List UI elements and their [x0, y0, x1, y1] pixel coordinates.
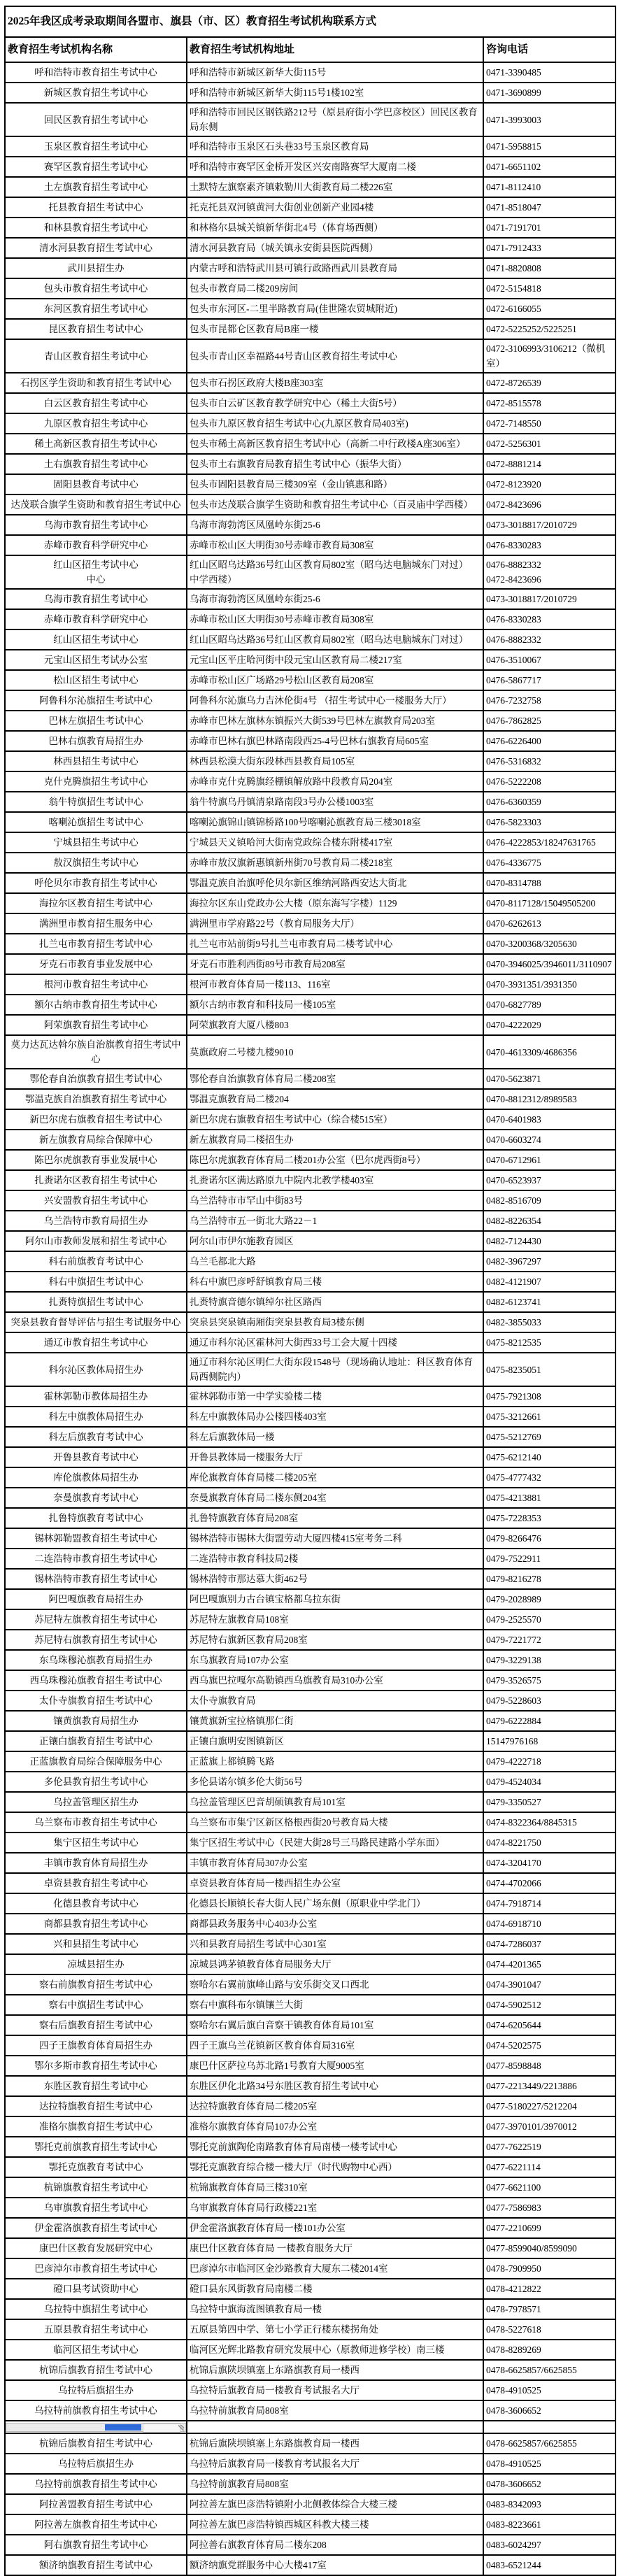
institution-address-cell: 科左中旗教体局办公楼四楼403室: [187, 1407, 483, 1427]
institution-name-cell: 海拉尔区教育招生考试中心: [5, 893, 187, 913]
page-title: 2025年我区成考录取期间各盟市、旗县（市、区）教育招生考试机构联系方式: [5, 6, 616, 37]
phone-cell: 0474-7286037: [483, 1934, 616, 1954]
phone-cell: 0478-3606652: [483, 2474, 616, 2494]
phone-cell: 0475-8212535: [483, 1332, 616, 1353]
institution-address-cell: 阿拉善右旗教育体育局二楼东208: [187, 2535, 483, 2555]
institution-name-cell: 扎鲁特旗教育考试中心: [5, 1508, 187, 1528]
table-row: 陈巴尔虎旗教育事业发展中心陈巴尔虎旗教育体育局二楼201办公室（巴尔虎西街8号）…: [5, 1150, 616, 1170]
table-row: 阿拉善盟教育招生考试中心阿拉善左旗巴彦浩特镇附小北侧教体综合大楼三楼0483-8…: [5, 2494, 616, 2514]
institution-address-cell: 喀喇沁旗锦山镇锦桥路100号喀喇沁旗教育局三楼3018室: [187, 812, 483, 832]
phone-cell: 0472-5256301: [483, 434, 616, 454]
institution-name-cell: 正蓝旗教育局综合保障服务中心: [5, 1751, 187, 1772]
institution-name-cell: 乌拉特后旗招生办: [5, 2380, 187, 2400]
table-row: 乌拉特前旗教育招生考试中心乌拉特前旗教育局808室0478-3606652: [5, 2400, 616, 2421]
table-header-row: 教育招生考试机构名称 教育招生考试机构地址 咨询电话: [5, 37, 616, 62]
institution-address-cell: 通辽市科尔沁区明仁大街东段1548号（现场确认地址：科区教育体育局西侧院内）: [187, 1353, 483, 1386]
institution-address-cell: 五原县第四中学、第七小学正行楼东楼拐角处: [187, 2319, 483, 2340]
institution-name-cell: 准格尔旗教育招生考试中心: [5, 2116, 187, 2137]
institution-address-cell: 乌拉盖管理区巴音胡硕镇教育局101室: [187, 1792, 483, 1812]
institution-address-cell: 阿巴嘎旗别力古台镇宝格都乌拉东街: [187, 1589, 483, 1609]
phone-cell: 0477-6221114: [483, 2157, 616, 2177]
institution-address-cell: 红山区昭乌达路36号红山区教育局802室（昭乌达电脑城东门对过）: [187, 629, 483, 650]
institution-address-cell: 康巴什区教育体育局 一楼教育服务大厅: [187, 2238, 483, 2258]
phone-cell: 0472-8423696: [483, 494, 616, 515]
institution-address-cell: 多伦县诺尔镇多伦大街56号: [187, 1772, 483, 1792]
table-row: 扎赉诺尔区教育招生考试中心扎赉诺尔区满达路原九中院内北教学楼403室0470-6…: [5, 1170, 616, 1190]
table-row: 凉城县招生办凉城县鸿茅镇教育体育局服务大厅0474-4201365: [5, 1954, 616, 1974]
institution-name-cell: 土左旗教育招生考试中心: [5, 177, 187, 197]
institution-name-cell: 伊金霍洛旗教育招生考试中心: [5, 2218, 187, 2238]
table-row: 集宁区招生考试中心集宁区招生考试中心（民建大街28号三马路民建路小学东面）047…: [5, 1833, 616, 1853]
institution-name-cell: 新巴尔虎右旗教育招生考试中心: [5, 1109, 187, 1130]
institution-address-cell: 太仆寺旗教育局: [187, 1691, 483, 1711]
table-row: 新城区教育招生考试中心呼和浩特市新城区新华大街115号1楼102室0471-36…: [5, 83, 616, 103]
institution-address-cell: 赤峰市巴林右旗巴林路南段西25-4号巴林右旗教育局605室: [187, 731, 483, 751]
column-header-phone: 咨询电话: [483, 37, 616, 62]
institution-name-cell: 扎赉诺尔区教育招生考试中心: [5, 1170, 187, 1190]
institution-address-cell: 扎赉诺尔区满达路原九中院内北教学楼403室: [187, 1170, 483, 1190]
institution-name-cell: 鄂托克旗教育考试中心: [5, 2157, 187, 2177]
phone-cell: 0477-5180227/5212204: [483, 2096, 616, 2116]
phone-cell: 0475-4777432: [483, 1467, 616, 1488]
phone-cell: 0476-3510067: [483, 650, 616, 670]
phone-cell: 0472-7148550: [483, 413, 616, 434]
table-row: 东河区教育招生考试中心包头市东河区-二里半路教育局(佳世隆农贸城附近)0472-…: [5, 299, 616, 319]
institution-address-cell: 正蓝旗上都镇腾飞路: [187, 1751, 483, 1772]
phone-cell: 0475-3212661: [483, 1407, 616, 1427]
table-row: 伊金霍洛旗教育招生考试中心伊金霍洛旗教育体育局一楼101办公室0477-2210…: [5, 2218, 616, 2238]
institution-address-cell: 磴口县东风街教育局南楼二楼: [187, 2279, 483, 2299]
table-row: 兴和县招生考试中心兴和县教育局招生考试中心301室0474-7286037: [5, 1934, 616, 1954]
institution-address-cell: 包头市稀土高新区教育招生考试中心（高新二中行政楼A座306室）: [187, 434, 483, 454]
phone-cell: 0482-7124430: [483, 1231, 616, 1251]
table-row: 赤峰市教育科学研究中心赤峰市松山区大明街30号赤峰市教育局308室0476-83…: [5, 535, 616, 555]
table-row: 喀喇沁旗招生考试中心喀喇沁旗锦山镇锦桥路100号喀喇沁旗教育局三楼3018室04…: [5, 812, 616, 832]
institution-name-cell: 根河市教育招生考试中心: [5, 974, 187, 995]
phone-cell: 0477-8598848: [483, 2056, 616, 2076]
table-row: 根河市教育招生考试中心根河市教育体育局一楼113、116室0470-393135…: [5, 974, 616, 995]
table-row: 鄂托克前旗教育招生考试中心鄂托克前旗陶伦南路教育体育局南楼一楼考试中心0477-…: [5, 2137, 616, 2157]
institution-address-cell: 乌海市海勃湾区凤凰岭东街25-6: [187, 515, 483, 535]
institution-name-cell: 科左中旗教体局招生办: [5, 1407, 187, 1427]
institution-address-cell: 扎赉特旗音德尔镇绰尔社区路西: [187, 1292, 483, 1312]
scrollbar-box: [143, 2424, 180, 2433]
phone-cell: 0474-3901047: [483, 1974, 616, 1995]
phone-cell: 0477-7622519: [483, 2137, 616, 2157]
institution-name-cell: 鄂托克前旗教育招生考试中心: [5, 2137, 187, 2157]
institution-name-cell: 多伦县教育招生考试中心: [5, 1772, 187, 1792]
phone-cell: 0472-8881214: [483, 454, 616, 474]
institution-name-cell: 达茂联合旗学生资助和教育招生考试中心: [5, 494, 187, 515]
institution-address-cell: 四子王旗乌兰花镇新区教育体育局316室: [187, 2035, 483, 2056]
phone-cell: 0475-4213881: [483, 1488, 616, 1508]
table-row: 达茂联合旗学生资助和教育招生考试中心包头市达茂联合旗学生资助和教育招生考试中心（…: [5, 494, 616, 515]
institution-address-cell: 奈曼旗教育体育局二楼东侧204室: [187, 1488, 483, 1508]
institution-address-cell: 新左旗教育局二楼招生办: [187, 1130, 483, 1150]
phone-cell: 0479-3350527: [483, 1792, 616, 1812]
institution-name-cell: 陈巴尔虎旗教育事业发展中心: [5, 1150, 187, 1170]
institution-name-cell: 西乌珠穆沁旗教育招生考试中心: [5, 1670, 187, 1691]
glitch-ghost-text: 0472-8423696: [486, 572, 613, 587]
institution-address-cell: 赤峰市敖汉旗新惠镇新州街70号教育局二楼218室: [187, 853, 483, 873]
phone-cell: 0474-4201365: [483, 1954, 616, 1974]
institution-address-cell: 包头市九原区教育招生考试中心(九原区教育局403室): [187, 413, 483, 434]
table-row: 红山区招生考试中心红山区昭乌达路36号红山区教育局802室（昭乌达电脑城东门对过…: [5, 629, 616, 650]
institution-name-cell: 四子王旗教育体育局招生办: [5, 2035, 187, 2056]
institution-address-cell: 赤峰市松山区广场路29号松山区教育局208室: [187, 670, 483, 690]
table-row: 托县教育招生考试中心托克托县双河镇黄河大街创业创新产业园4楼0471-85180…: [5, 197, 616, 218]
institution-address-cell: 包头市东河区-二里半路教育局(佳世隆农贸城附近): [187, 299, 483, 319]
institution-name-cell: 开鲁县教育考试中心: [5, 1447, 187, 1467]
institution-address-cell: 阿拉善左旗巴彦浩特镇附小北侧教体综合大楼三楼: [187, 2494, 483, 2514]
phone-cell: 0475-7228353: [483, 1508, 616, 1528]
table-row: 武川县招生办内蒙古呼和浩特武川县可镇行政路西武川县教育局0471-8820808: [5, 258, 616, 278]
glitch-ghost-text: 中心: [8, 572, 184, 587]
institution-name-cell: 科右中旗招生考试中心: [5, 1272, 187, 1292]
institution-name-cell: 卓资县教育招生考试中心: [5, 1873, 187, 1893]
phone-cell: 0476-88823320472-8423696: [483, 555, 616, 589]
institution-name-cell: 青山区教育招生考试中心: [5, 339, 187, 373]
phone-cell: 0472-8726539: [483, 373, 616, 393]
institution-address-cell: 元宝山区平庄哈河街中段元宝山区教育局二楼217室: [187, 650, 483, 670]
institution-address-cell: 乌拉特前旗教育局808室: [187, 2474, 483, 2494]
institution-address-cell: 开鲁县教体局一楼服务大厅: [187, 1447, 483, 1467]
institution-name-cell: 石拐区学生资助和教育招生考试中心: [5, 373, 187, 393]
institution-name-cell: 乌拉特中旗招生考试中心: [5, 2299, 187, 2319]
institution-address-cell: 化德县长顺镇长春大街人民广场东侧（原职业中学北门）: [187, 1893, 483, 1914]
table-row: 康巴什区教育发展研究中心康巴什区教育体育局 一楼教育服务大厅0477-85990…: [5, 2238, 616, 2258]
table-row: 多伦县教育招生考试中心多伦县诺尔镇多伦大街56号0479-4524034: [5, 1772, 616, 1792]
institution-address-cell: 包头市青山区幸福路44号青山区教育招生考试中心: [187, 339, 483, 373]
table-row: 乌兰察布市教育招生考试中心乌兰察布市集宁区新区格根西街20号教育局大楼0474-…: [5, 1812, 616, 1833]
institution-address-cell: 察右中旗科布尔镇镶兰大街: [187, 1995, 483, 2015]
phone-cell: 0478-6625857/6625855: [483, 2360, 616, 2380]
table-row: 阿尔山市教师发展和招生考试中心阿尔山市伊尔施教育园区0482-7124430: [5, 1231, 616, 1251]
table-row: 库伦旗教体局招生办库伦旗教育体育局楼二楼205室0475-4777432: [5, 1467, 616, 1488]
phone-cell: 0476-6360359: [483, 792, 616, 812]
table-row: 开鲁县教育考试中心开鲁县教体局一楼服务大厅0475-6212140: [5, 1447, 616, 1467]
phone-cell: 0470-6523937: [483, 1170, 616, 1190]
phone-cell: 0478-7909950: [483, 2258, 616, 2279]
table-row: 阿巴嘎旗教育局招生办阿巴嘎旗别力古台镇宝格都乌拉东街0479-2028989: [5, 1589, 616, 1609]
institution-name-cell: 察右后旗教育招生考试中心: [5, 2015, 187, 2035]
institution-name-cell: 敖汉旗招生考试中心: [5, 853, 187, 873]
institution-name-cell: 托县教育招生考试中心: [5, 197, 187, 218]
phone-cell: 0470-6827789: [483, 995, 616, 1015]
institution-name-cell: 红山区招生考试中心中心: [5, 555, 187, 589]
institution-name-cell: 乌海市教育招生考试中心: [5, 515, 187, 535]
table-row: 杭锦后旗教育招生考试中心杭锦后旗陕坝镇塞上东路旗教育局一楼西0478-66258…: [5, 2360, 616, 2380]
institution-name-cell: 包头市教育招生考试中心: [5, 278, 187, 299]
institution-name-cell: 乌拉特后旗招生办: [5, 2454, 187, 2474]
phone-cell: 0475-8235051: [483, 1353, 616, 1386]
institution-address-cell: 商都县政务服务中心403办公室: [187, 1914, 483, 1934]
institution-address-cell: 准格尔旗教育体育局107办公室: [187, 2116, 483, 2137]
column-header-address: 教育招生考试机构地址: [187, 37, 483, 62]
phone-cell: 0472-8123920: [483, 474, 616, 494]
institution-address-cell: 内蒙古呼和浩特武川县可镇行政路西武川县教育局: [187, 258, 483, 278]
institution-address-cell: 凉城县鸿茅镇教育体育局服务大厅: [187, 1954, 483, 1974]
phone-cell: 0474-4702066: [483, 1873, 616, 1893]
table-row: 扎兰屯市教育招生考试中心扎兰屯市站前街9号扎兰屯市教育局二楼考试中心0470-3…: [5, 934, 616, 954]
empty-cell: [483, 2421, 616, 2433]
table-row: 清水河县教育招生考试中心清水河县教育局（城关镇永安街县医院西侧）0471-791…: [5, 238, 616, 258]
institution-address-cell: 丰镇市教育体育局307办公室: [187, 1853, 483, 1873]
institution-name-cell: 奈曼旗教育考试中心: [5, 1488, 187, 1508]
table-row: 敖汉旗招生考试中心赤峰市敖汉旗新惠镇新州街70号教育局二楼218室0476-43…: [5, 853, 616, 873]
phone-cell: 0475-7921308: [483, 1386, 616, 1407]
institution-address-cell: 伊金霍洛旗教育体育局一楼101办公室: [187, 2218, 483, 2238]
table-row: 满洲里市教育招生服务中心满洲里市学府路22号（教育局服务大厅）0470-6262…: [5, 913, 616, 934]
table-row: 苏尼特右旗教育招生考试中心苏尼特右旗新区教育局208室0479-7221772: [5, 1630, 616, 1650]
institution-name-cell: 察右前旗教育招生考试中心: [5, 1974, 187, 1995]
table-row: 太仆寺旗教育招生考试中心太仆寺旗教育局0479-5228603: [5, 1691, 616, 1711]
institution-name-cell: 扎赉特旗招生考试中心: [5, 1292, 187, 1312]
phone-cell: 0471-8518047: [483, 197, 616, 218]
institution-address-cell: 莫旗政府二号楼九楼9010: [187, 1035, 483, 1069]
institution-address-cell: 通辽市科尔沁区霍林河大街西33号工会大厦十四楼: [187, 1332, 483, 1353]
phone-cell: 0478-7978571: [483, 2299, 616, 2319]
institution-address-cell: 鄂温克族自治旗呼伦贝尔新区维纳河路西安达大街北: [187, 873, 483, 893]
phone-cell: 0483-8223661: [483, 2514, 616, 2535]
phone-cell: 0473-3018817/2010729: [483, 515, 616, 535]
institution-address-cell: 临河区光辉北路教育研究发展中心（原教师进修学校）南三楼: [187, 2340, 483, 2360]
table-row: 科右前旗教育考试中心乌兰毛都北大路0482-3967297: [5, 1251, 616, 1272]
table-row: 石拐区学生资助和教育招生考试中心包头市石拐区政府大楼B座303室0472-872…: [5, 373, 616, 393]
phone-cell: 0482-3967297: [483, 1251, 616, 1272]
table-row: 和林县教育招生考试中心和林格尔县城关镇新华街北4号（体育场西侧）0471-719…: [5, 218, 616, 238]
table-row: 东胜区教育招生考试中心东胜区伊化北路34号东胜区教育招生考试中心0477-221…: [5, 2076, 616, 2096]
phone-cell: 0478-6625857/6625855: [483, 2433, 616, 2454]
phone-cell: 0471-7191701: [483, 218, 616, 238]
table-row: 九原区教育招生考试中心包头市九原区教育招生考试中心(九原区教育局403室)047…: [5, 413, 616, 434]
phone-cell: 0476-5316832: [483, 751, 616, 771]
institution-address-cell: 杭锦旗教育体育局三楼310室: [187, 2177, 483, 2198]
phone-cell: 0474-7918714: [483, 1893, 616, 1914]
institution-name-cell: 巴林左旗招生考试中心: [5, 711, 187, 731]
table-row: 海拉尔区教育招生考试中心海拉尔区东山党政办公大楼（原东海写字楼）11290470…: [5, 893, 616, 913]
institution-address-cell: 锡林浩特市锡林大街盟劳动大厦四楼415室考务二科: [187, 1528, 483, 1549]
table-row: 回民区教育招生考试中心呼和浩特市回民区钢铁路212号（原县府街小学巴彦校区）回民…: [5, 103, 616, 136]
table-row: 林西县招生考试中心林西县松漠大街东段林西县教育局105室0476-5316832: [5, 751, 616, 771]
institution-address-cell: 苏尼特左旗教育局108室: [187, 1609, 483, 1630]
table-row: 包头市教育招生考试中心包头市教育局二楼209房间0472-5154818: [5, 278, 616, 299]
institution-name-cell: 兴安盟教育招生考试中心: [5, 1190, 187, 1211]
table-row: 新左旗教育局综合保障中心新左旗教育局二楼招生办0470-6603274: [5, 1130, 616, 1150]
phone-cell: 0475-5212769: [483, 1427, 616, 1447]
phone-cell: 0482-8226354: [483, 1211, 616, 1231]
institution-name-cell: 阿鲁科尔沁旗招生考试中心: [5, 690, 187, 711]
institution-address-cell: 宁城县天义镇哈河大街南党政综合楼东附楼417室: [187, 832, 483, 853]
institution-name-cell: 赤峰市教育科学研究中心: [5, 609, 187, 629]
table-row: 新巴尔虎右旗教育招生考试中心新巴尔虎右旗教育招生考试中心（综合楼515室）047…: [5, 1109, 616, 1130]
institution-name-cell: 康巴什区教育发展研究中心: [5, 2238, 187, 2258]
institution-name-cell: 集宁区招生考试中心: [5, 1833, 187, 1853]
phone-cell: 0479-4524034: [483, 1772, 616, 1792]
institution-name-cell: 乌兰浩特市教育局招生办: [5, 1211, 187, 1231]
institution-address-cell: 满洲里市学府路22号（教育局服务大厅）: [187, 913, 483, 934]
phone-cell: 0470-5623871: [483, 1069, 616, 1089]
table-row: 乌拉盖管理区招生办乌拉盖管理区巴音胡硕镇教育局101室0479-3350527: [5, 1792, 616, 1812]
phone-cell: 0479-4222718: [483, 1751, 616, 1772]
institution-address-cell: 土默特左旗察素齐镇敕勒川大街教育局二楼226室: [187, 177, 483, 197]
scrollbar-thumb[interactable]: [105, 2424, 141, 2431]
institution-name-cell: 二连浩特市教育招生考试中心: [5, 1549, 187, 1569]
phone-cell: 0482-8516709: [483, 1190, 616, 1211]
phone-cell: 0474-6205644: [483, 2015, 616, 2035]
phone-cell: 0470-6603274: [483, 1130, 616, 1150]
institution-name-cell: 五原县教育招生考试中心: [5, 2319, 187, 2340]
table-row: 乌拉特中旗招生考试中心乌拉特中旗海流图镇教育局一楼0478-7978571: [5, 2299, 616, 2319]
phone-cell: 0476-5222208: [483, 771, 616, 792]
phone-cell: 0479-7221772: [483, 1630, 616, 1650]
phone-cell: 0470-6401983: [483, 1109, 616, 1130]
table-row: 临河区招生考试中心临河区光辉北路教育研究发展中心（原教师进修学校）南三楼0478…: [5, 2340, 616, 2360]
phone-cell: 0476-7232758: [483, 690, 616, 711]
phone-cell: 0476-8882332: [483, 629, 616, 650]
table-row: 正镶白旗教育招生考试中心正镶白旗明安图镇新区15147976168: [5, 1731, 616, 1751]
institution-address-cell: 卓资县教育体育局一楼西招生办公室: [187, 1873, 483, 1893]
phone-cell: 0474-8322364/8845315: [483, 1812, 616, 1833]
institution-name-cell: 察右中旗招生考试中心: [5, 1995, 187, 2015]
phone-cell: 0478-8289269: [483, 2340, 616, 2360]
phone-cell: 0477-6621100: [483, 2177, 616, 2198]
institution-name-cell: 阿拉善盟教育招生考试中心: [5, 2494, 187, 2514]
institution-address-cell: 正镶白旗明安图镇新区: [187, 1731, 483, 1751]
table-row: 阿鲁科尔沁旗招生考试中心阿鲁科尔沁旗乌力吉沐伦街4号 （招生考试中心一楼服务大厅…: [5, 690, 616, 711]
phone-cell: 0470-3931351/3931350: [483, 974, 616, 995]
phone-cell: 0483-6024297: [483, 2535, 616, 2555]
glitch-band-cell: [5, 2421, 187, 2433]
table-row: 镶黄旗教育局招生办镶黄旗新宝拉格镇那仁街0479-6222884: [5, 1711, 616, 1731]
table-row: 奈曼旗教育考试中心奈曼旗教育体育局二楼东侧204室0475-4213881: [5, 1488, 616, 1508]
table-row: 松山区招生考试中心赤峰市松山区广场路29号松山区教育局208室0476-5867…: [5, 670, 616, 690]
institution-address-cell: 林西县松漠大街东段林西县教育局105室: [187, 751, 483, 771]
institution-name-cell: 松山区招生考试中心: [5, 670, 187, 690]
institution-address-cell: 包头市白云矿区教育教学研究中心（稀土大街5号）: [187, 393, 483, 413]
institution-address-cell: 呼和浩特市赛罕区金桥开发区兴安南路赛罕大厦南二楼: [187, 157, 483, 177]
phone-cell: 0472-3106993/3106212（微机室）: [483, 339, 616, 373]
institution-name-cell: 科右前旗教育考试中心: [5, 1251, 187, 1272]
table-row: 元宝山区招生考试办公室元宝山区平庄哈河街中段元宝山区教育局二楼217室0476-…: [5, 650, 616, 670]
institution-address-cell: 鄂温克旗教育局二楼204: [187, 1089, 483, 1109]
phone-cell: 0471-6651102: [483, 157, 616, 177]
table-title-row: 2025年我区成考录取期间各盟市、旗县（市、区）教育招生考试机构联系方式: [5, 6, 616, 37]
table-row: 赤峰市教育科学研究中心赤峰市松山区大明街30号赤峰市教育局308室0476-83…: [5, 609, 616, 629]
institution-name-cell: 喀喇沁旗招生考试中心: [5, 812, 187, 832]
column-header-name: 教育招生考试机构名称: [5, 37, 187, 62]
phone-cell: 0476-6226400: [483, 731, 616, 751]
institution-address-cell: 察哈尔右翼前旗峰山路与安乐街交叉口西北: [187, 1974, 483, 1995]
institution-name-cell: 呼和浩特市教育招生考试中心: [5, 62, 187, 83]
institution-address-cell: 海拉尔区东山党政办公大楼（原东海写字楼）1129: [187, 893, 483, 913]
phone-cell: 0476-8330283: [483, 609, 616, 629]
institution-address-cell: 扎兰屯市站前街9号扎兰屯市教育局二楼考试中心: [187, 934, 483, 954]
table-row: 牙克石市教育事业发展中心牙克石市胜利西街89号市教育局208室0470-3946…: [5, 954, 616, 974]
institution-name-cell: 昆区教育招生考试中心: [5, 319, 187, 339]
institution-name-cell: 乌海市教育招生考试中心: [5, 589, 187, 609]
institution-name-cell: 杭锦后旗教育招生考试中心: [5, 2433, 187, 2454]
institution-name-cell: 凉城县招生办: [5, 1954, 187, 1974]
institution-address-cell: 乌兰毛都北大路: [187, 1251, 483, 1272]
institution-name-cell: 东乌珠穆沁旗教育局招生办: [5, 1650, 187, 1670]
table-row: 乌拉特后旗招生办乌拉特后旗教育局一楼教育考试报名大厅0478-4910525: [5, 2380, 616, 2400]
table-row: 乌海市教育招生考试中心乌海市海勃湾区凤凰岭东街25-60473-3018817/…: [5, 515, 616, 535]
phone-cell: 0471-7912433: [483, 238, 616, 258]
table-row: 呼伦贝尔市教育招生考试中心鄂温克族自治旗呼伦贝尔新区维纳河路西安达大街北0470…: [5, 873, 616, 893]
institution-address-cell: 西乌旗巴拉嘎尔高勒镇西乌旗教育局310办公室: [187, 1670, 483, 1691]
institution-name-cell: 乌拉特前旗教育招生考试中心: [5, 2474, 187, 2494]
institution-name-cell: 乌拉特前旗教育招生考试中心: [5, 2400, 187, 2421]
institution-name-cell: 回民区教育招生考试中心: [5, 103, 187, 136]
institution-name-cell: 正镶白旗教育招生考试中心: [5, 1731, 187, 1751]
institution-name-cell: 突泉县教育督导评估与招生考试服务中心: [5, 1312, 187, 1332]
institution-name-cell: 和林县教育招生考试中心: [5, 218, 187, 238]
table-row: 呼和浩特市教育招生考试中心呼和浩特市新城区新华大街115号0471-339048…: [5, 62, 616, 83]
institution-address-cell: 科右中旗巴彦呼舒镇教育局三楼: [187, 1272, 483, 1292]
institution-name-cell: 库伦旗教体局招生办: [5, 1467, 187, 1488]
institution-name-cell: 锡林浩特市教育招生考试中心: [5, 1569, 187, 1589]
phone-cell: 0483-8342093: [483, 2494, 616, 2514]
institution-name-cell: 新城区教育招生考试中心: [5, 83, 187, 103]
glitch-band-row: [5, 2421, 616, 2433]
phone-cell: 0474-8221750: [483, 1833, 616, 1853]
institution-address-cell: 包头市达茂联合旗学生资助和教育招生考试中心（百灵庙中学西楼）: [187, 494, 483, 515]
institution-address-cell: 呼和浩特市新城区新华大街115号: [187, 62, 483, 83]
institution-name-cell: 阿尔山市教师发展和招生考试中心: [5, 1231, 187, 1251]
institution-name-cell: 镶黄旗教育局招生办: [5, 1711, 187, 1731]
institution-name-cell: 满洲里市教育招生服务中心: [5, 913, 187, 934]
table-row: 阿荣旗教育招生考试中心阿荣旗教育大厦八楼8030470-4222029: [5, 1015, 616, 1035]
institution-name-cell: 清水河县教育招生考试中心: [5, 238, 187, 258]
phone-cell: 0471-3690899: [483, 83, 616, 103]
table-row: 扎鲁特旗教育考试中心扎鲁特旗教育体育局208室0475-7228353: [5, 1508, 616, 1528]
institution-name-cell: 赤峰市教育科学研究中心: [5, 535, 187, 555]
phone-cell: 0474-6918710: [483, 1914, 616, 1934]
institution-name-cell: 武川县招生办: [5, 258, 187, 278]
institution-name-cell: 白云区教育招生考试中心: [5, 393, 187, 413]
institution-address-cell: 突泉县突泉镇南厢街突泉县教育局3楼东侧: [187, 1312, 483, 1332]
institution-name-cell: 稀土高新区教育招生考试中心: [5, 434, 187, 454]
institution-name-cell: 杭锦后旗教育招生考试中心: [5, 2360, 187, 2380]
phone-cell: 0477-8599040/8599090: [483, 2238, 616, 2258]
institution-address-cell: 阿尔山市伊尔施教育园区: [187, 1231, 483, 1251]
institution-address-cell: 锡林浩特市那达慕大街462号: [187, 1569, 483, 1589]
horizontal-scrollbar[interactable]: [6, 2423, 186, 2432]
institution-name-cell: 霍林郭勒市教体局招生办: [5, 1386, 187, 1407]
institution-address-cell: 乌拉特中旗海流图镇教育局一楼: [187, 2299, 483, 2319]
institution-name-cell: 兴和县招生考试中心: [5, 1934, 187, 1954]
institution-address-cell: 苏尼特右旗新区教育局208室: [187, 1630, 483, 1650]
phone-cell: 0470-4613309/4686356: [483, 1035, 616, 1069]
institution-name-cell: 克什克腾旗招生考试中心: [5, 771, 187, 792]
table-row: 五原县教育招生考试中心五原县第四中学、第七小学正行楼东楼拐角处0478-5227…: [5, 2319, 616, 2340]
institution-address-cell: 红山区昭乌达路36号红山区教育局802室（昭乌达电脑城东门对过）中学西楼）: [187, 555, 483, 589]
institution-address-cell: 包头市固阳县教育局三楼309室（金山镇惠和路）: [187, 474, 483, 494]
institution-name-cell: 牙克石市教育事业发展中心: [5, 954, 187, 974]
phone-cell: 0471-5958815: [483, 136, 616, 157]
table-row: 玉泉区教育招生考试中心呼和浩特市玉泉区石头巷33号玉泉区教育局0471-5958…: [5, 136, 616, 157]
institution-name-cell: 苏尼特左旗教育招生考试中心: [5, 1609, 187, 1630]
institution-name-cell: 莫力达瓦达斡尔族自治旗教育招生考试中心: [5, 1035, 187, 1069]
table-row: 莫力达瓦达斡尔族自治旗教育招生考试中心莫旗政府二号楼九楼90100470-461…: [5, 1035, 616, 1069]
contact-table-sheet: 2025年我区成考录取期间各盟市、旗县（市、区）教育招生考试机构联系方式 教育招…: [4, 6, 615, 2556]
table-row: 察右后旗教育招生考试中心察哈尔右翼后旗白音察干镇教育体育局101室0474-62…: [5, 2015, 616, 2035]
institution-name-cell: 临河区招生考试中心: [5, 2340, 187, 2360]
table-row: 乌兰浩特市教育局招生办乌兰浩特市五一街北大路22－10482-8226354: [5, 1211, 616, 1231]
institution-name-cell: 阿右旗教育招生考试中心: [5, 2535, 187, 2555]
institution-address-cell: 呼和浩特市回民区钢铁路212号（原县府街小学巴彦校区）回民区教育局东侧: [187, 103, 483, 136]
